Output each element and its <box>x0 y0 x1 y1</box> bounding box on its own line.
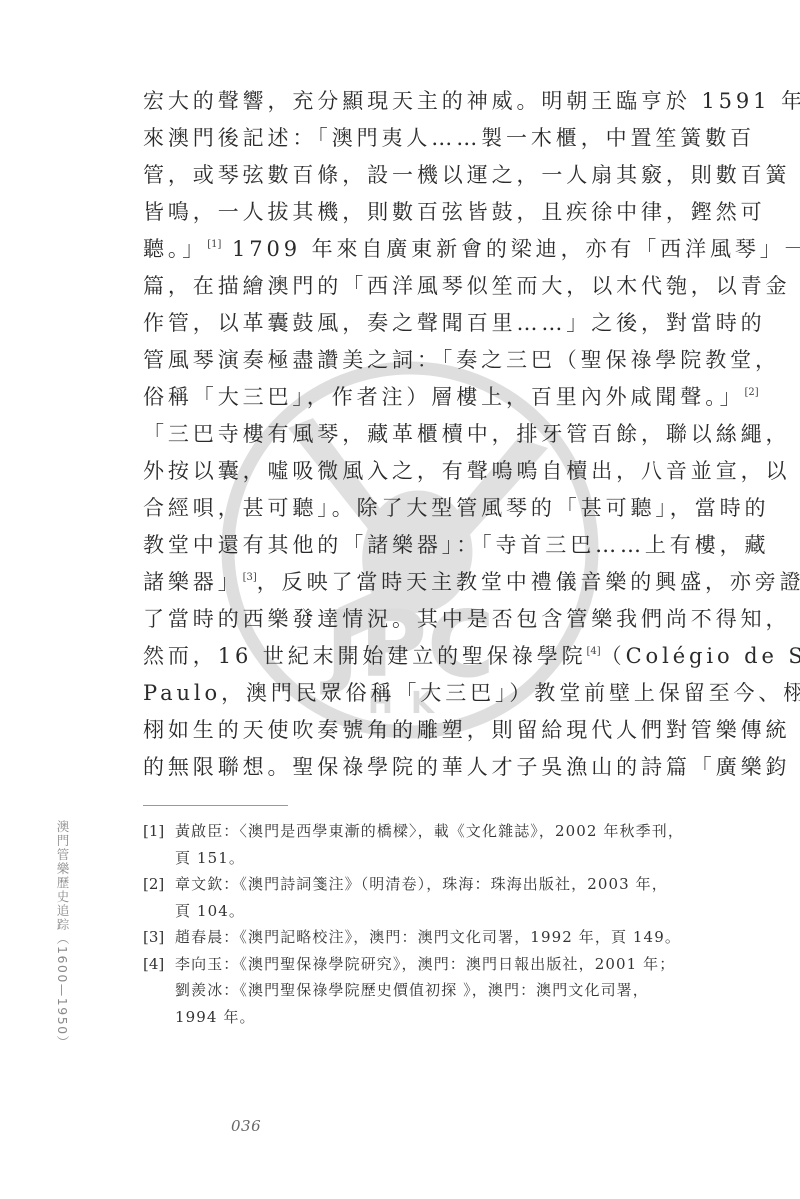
running-title: 澳門管樂歷史追踪（1600—1950） <box>55 820 71 1050</box>
footnote-line: 趙春晨：《澳門記略校注》，澳門：澳門文化司署，1992 年，頁 149。 <box>175 924 691 951</box>
footnote-label: [4] <box>143 951 175 1031</box>
body-text-segment: （Colégio de São <box>601 644 800 668</box>
body-line: Paulo，澳門民眾俗稱「大三巴」）教堂前壁上保留至今、栩 <box>143 675 691 712</box>
footnote-ref-4[interactable]: [4] <box>587 646 601 657</box>
footnote-line: 章文欽：《澳門詩詞箋注》（明清卷），珠海：珠海出版社，2003 年， <box>175 871 691 898</box>
body-line: 篇，在描繪澳門的「西洋風琴似笙而大，以木代匏，以青金 <box>143 268 691 305</box>
body-line: 然而，16 世紀末開始建立的聖保祿學院[4]（Colégio de São <box>143 638 691 675</box>
body-line: 聽。」[1] 1709 年來自廣東新會的梁迪，亦有「西洋風琴」一 <box>143 231 691 268</box>
body-text-segment: 諸樂器」 <box>143 570 243 594</box>
footnote-line: 1994 年。 <box>175 1004 691 1031</box>
body-text-segment: ，反映了當時天主教堂中禮儀音樂的興盛，亦旁證 <box>257 570 800 594</box>
body-line: 作管，以革囊鼓風，奏之聲聞百里……」之後，對當時的 <box>143 305 691 342</box>
footnote-ref-3[interactable]: [3] <box>243 572 257 583</box>
body-line: 外按以囊，噓吸微風入之，有聲嗚嗚自櫝出，八音並宣，以 <box>143 453 691 490</box>
footnote-label: [3] <box>143 924 175 951</box>
footnote-1: [1] 黃啟臣：〈澳門是西學東漸的橋樑〉，載《文化雜誌》，2002 年秋季刊， … <box>143 818 691 871</box>
footnote-line: 頁 151。 <box>175 845 691 872</box>
footnote-line: 頁 104。 <box>175 898 691 925</box>
footnote-line: 劉羨冰：《澳門聖保祿學院歷史價值初探 》，澳門：澳門文化司署， <box>175 977 691 1004</box>
body-line: 了當時的西樂發達情況。其中是否包含管樂我們尚不得知， <box>143 601 691 638</box>
footnote-4: [4] 李向玉：《澳門聖保祿學院研究》，澳門：澳門日報出版社，2001 年； 劉… <box>143 951 691 1031</box>
footnote-line: 黃啟臣：〈澳門是西學東漸的橋樑〉，載《文化雜誌》，2002 年秋季刊， <box>175 818 691 845</box>
body-line: 宏大的聲響，充分顯現天主的神威。明朝王臨亨於 1591 年 <box>143 83 691 120</box>
page-number: 036 <box>231 1117 261 1135</box>
footnote-ref-2[interactable]: [2] <box>745 387 759 398</box>
body-text-segment: 然而，16 世紀末開始建立的聖保祿學院 <box>143 644 587 668</box>
body-line: 管，或琴弦數百條，設一機以運之，一人扇其竅，則數百簧 <box>143 157 691 194</box>
footnotes: [1] 黃啟臣：〈澳門是西學東漸的橋樑〉，載《文化雜誌》，2002 年秋季刊， … <box>143 818 691 1030</box>
body-text: 宏大的聲響，充分顯現天主的神威。明朝王臨亨於 1591 年 來澳門後記述：「澳門… <box>143 83 691 786</box>
body-text-segment: 聽。」 <box>143 237 207 261</box>
footnote-divider <box>143 805 288 806</box>
footnote-label: [1] <box>143 818 175 871</box>
footnote-2: [2] 章文欽：《澳門詩詞箋注》（明清卷），珠海：珠海出版社，2003 年， 頁… <box>143 871 691 924</box>
body-line: 教堂中還有其他的「諸樂器」：「寺首三巴……上有樓，藏 <box>143 527 691 564</box>
body-line: 管風琴演奏極盡讚美之詞：「奏之三巴（聖保祿學院教堂， <box>143 342 691 379</box>
body-line: 來澳門後記述：「澳門夷人……製一木櫃，中置笙簧數百 <box>143 120 691 157</box>
body-line: 栩如生的天使吹奏號角的雕塑，則留給現代人們對管樂傳統 <box>143 712 691 749</box>
footnote-text: 章文欽：《澳門詩詞箋注》（明清卷），珠海：珠海出版社，2003 年， 頁 104… <box>175 871 691 924</box>
footnote-text: 黃啟臣：〈澳門是西學東漸的橋樑〉，載《文化雜誌》，2002 年秋季刊， 頁 15… <box>175 818 691 871</box>
footnote-text: 李向玉：《澳門聖保祿學院研究》，澳門：澳門日報出版社，2001 年； 劉羨冰：《… <box>175 951 691 1031</box>
body-line: 合經唄，甚可聽」。除了大型管風琴的「甚可聽」，當時的 <box>143 490 691 527</box>
body-line: 的無限聯想。聖保祿學院的華人才子吳漁山的詩篇「廣樂鈞 <box>143 749 691 786</box>
footnote-text: 趙春晨：《澳門記略校注》，澳門：澳門文化司署，1992 年，頁 149。 <box>175 924 691 951</box>
body-text-segment: 1709 年來自廣東新會的梁迪，亦有「西洋風琴」一 <box>221 237 800 261</box>
body-line: 「三巴寺樓有風琴，藏革櫃櫝中，排牙管百餘，聯以絲繩， <box>143 416 691 453</box>
body-line: 俗稱「大三巴」，作者注）層樓上，百里內外咸聞聲。」[2] <box>143 379 691 416</box>
footnote-label: [2] <box>143 871 175 924</box>
body-line: 諸樂器」[3]，反映了當時天主教堂中禮儀音樂的興盛，亦旁證 <box>143 564 691 601</box>
footnote-ref-1[interactable]: [1] <box>207 239 221 250</box>
footnote-line: 李向玉：《澳門聖保祿學院研究》，澳門：澳門日報出版社，2001 年； <box>175 951 691 978</box>
body-line: 皆鳴，一人拔其機，則數百弦皆鼓，且疾徐中律，鏗然可 <box>143 194 691 231</box>
footnote-3: [3] 趙春晨：《澳門記略校注》，澳門：澳門文化司署，1992 年，頁 149。 <box>143 924 691 951</box>
body-text-segment: 俗稱「大三巴」，作者注）層樓上，百里內外咸聞聲。」 <box>143 385 745 409</box>
